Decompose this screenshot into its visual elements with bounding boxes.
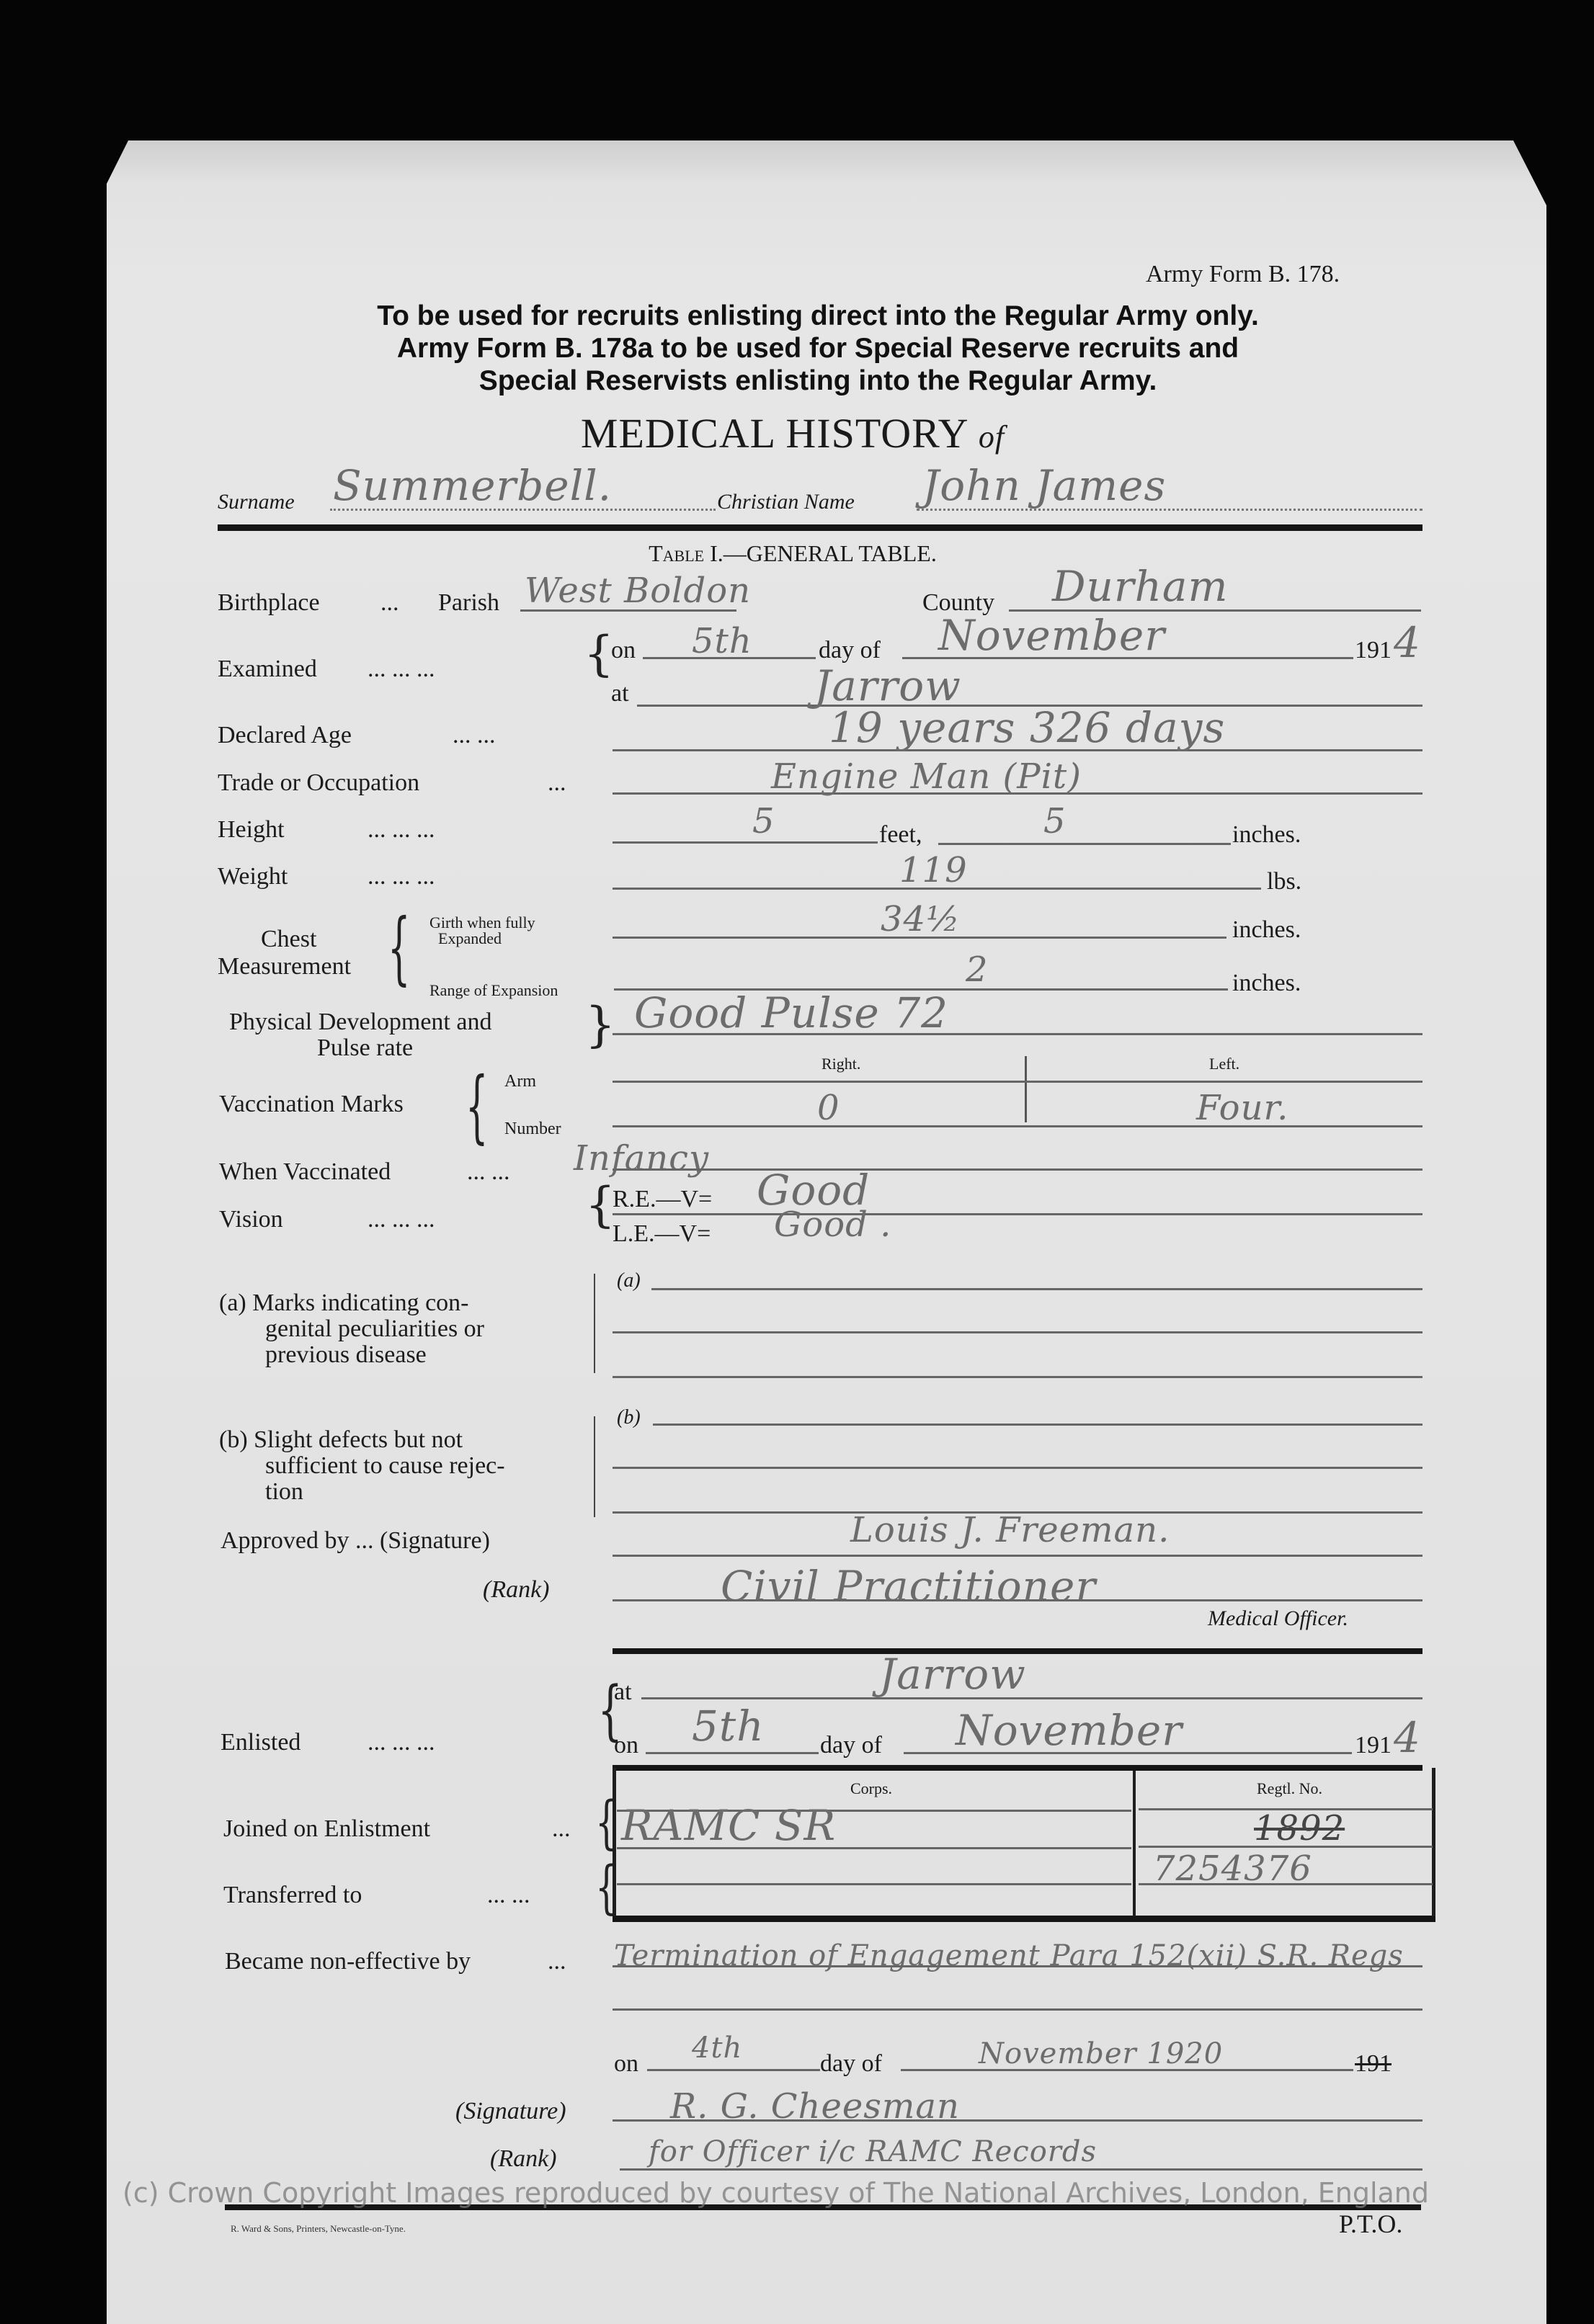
birthplace-label: Birthplace bbox=[218, 589, 320, 617]
dots: ... ... ... bbox=[368, 863, 435, 890]
marks-label-3: previous disease bbox=[265, 1341, 427, 1369]
non-effective-reason-field[interactable]: Termination of Engagement Para 152(xii) … bbox=[614, 1939, 1404, 1972]
christian-name-label: Christian Name bbox=[717, 490, 855, 514]
trade-label: Trade or Occupation bbox=[218, 769, 419, 797]
vaccination-left-field[interactable]: Four. bbox=[1196, 1088, 1288, 1128]
weight-label: Weight bbox=[218, 863, 288, 890]
brace: { bbox=[388, 908, 411, 987]
enlisted-year-field[interactable]: 4 bbox=[1394, 1713, 1421, 1762]
vaccination-right-header: Right. bbox=[822, 1055, 860, 1073]
dots: ... ... bbox=[467, 1158, 510, 1186]
enlisted-place-field[interactable]: Jarrow bbox=[879, 1650, 1026, 1699]
height-label: Height bbox=[218, 816, 285, 844]
joined-corps-field[interactable]: RAMC SR bbox=[621, 1801, 836, 1850]
surname-field[interactable]: Summerbell. bbox=[333, 461, 612, 510]
examined-day-of-label: day of bbox=[819, 637, 881, 664]
discharge-year-prefix-struck: 191 bbox=[1355, 2050, 1392, 2078]
medical-officer-caption: Medical Officer. bbox=[1208, 1606, 1348, 1631]
marks-field-marker: (a) bbox=[617, 1269, 641, 1292]
brace: { bbox=[466, 1066, 489, 1145]
enlisted-month-field[interactable]: November bbox=[956, 1706, 1183, 1755]
dots: ... ... ... bbox=[368, 1206, 435, 1233]
approved-rank-field[interactable]: Civil Practitioner bbox=[721, 1562, 1096, 1611]
examined-at-label: at bbox=[611, 680, 629, 707]
examined-year-prefix: 191 bbox=[1355, 637, 1392, 664]
right-eye-label: R.E.—V= bbox=[613, 1186, 712, 1213]
brace: { bbox=[595, 1859, 618, 1916]
brace: { bbox=[585, 1001, 615, 1049]
examined-day-field[interactable]: 5th bbox=[692, 621, 752, 661]
page-title: MEDICAL HISTORY of bbox=[216, 409, 1369, 457]
defects-label: (b) Slight defects but not bbox=[219, 1426, 463, 1454]
declared-age-label: Declared Age bbox=[218, 722, 352, 749]
enlisted-day-of-label: day of bbox=[820, 1732, 882, 1759]
surname-label: Surname bbox=[218, 490, 295, 514]
non-effective-label: Became non-effective by bbox=[225, 1948, 471, 1975]
examined-label: Examined bbox=[218, 656, 317, 683]
marks-label-2: genital peculiarities or bbox=[265, 1315, 484, 1343]
corps-header: Corps. bbox=[850, 1779, 892, 1798]
discharge-signature-label: (Signature) bbox=[455, 2098, 566, 2125]
discharge-rank-label: (Rank) bbox=[490, 2145, 557, 2173]
defects-field-marker: (b) bbox=[617, 1406, 641, 1429]
page-corner-fold-right bbox=[1513, 140, 1546, 205]
chest-label-2: Measurement bbox=[218, 953, 351, 980]
girth-label-2: Expanded bbox=[438, 929, 502, 948]
form-number: Army Form B. 178. bbox=[1146, 261, 1340, 288]
instruction-line-3: Special Reservists enlisting into the Re… bbox=[209, 365, 1427, 397]
vision-label: Vision bbox=[219, 1206, 283, 1233]
joined-label: Joined on Enlistment bbox=[223, 1815, 430, 1843]
trade-field[interactable]: Engine Man (Pit) bbox=[771, 756, 1082, 797]
physical-label: Physical Development and bbox=[229, 1009, 491, 1036]
title-text: MEDICAL HISTORY bbox=[581, 410, 968, 457]
examined-on-label: on bbox=[611, 637, 636, 664]
left-eye-field[interactable]: Good . bbox=[774, 1205, 891, 1245]
enlisted-label: Enlisted bbox=[221, 1729, 300, 1756]
chest-label: Chest bbox=[261, 926, 316, 953]
copyright-watermark: (c) Crown Copyright Images reproduced by… bbox=[123, 2177, 1429, 2209]
page-corner-fold-left bbox=[107, 140, 128, 184]
discharge-day-of-label: day of bbox=[820, 2050, 882, 2078]
parish-field[interactable]: West Boldon bbox=[525, 571, 751, 611]
height-inches-field[interactable]: 5 bbox=[1043, 801, 1067, 841]
county-field[interactable]: Durham bbox=[1052, 562, 1229, 611]
dots: ... ... ... bbox=[368, 816, 435, 844]
discharge-rank-field[interactable]: for Officer i/c RAMC Records bbox=[649, 2135, 1097, 2168]
approved-label: Approved by ... (Signature) bbox=[221, 1527, 490, 1555]
declared-age-field[interactable]: 19 years 326 days bbox=[829, 703, 1225, 752]
number-label: Number bbox=[504, 1119, 561, 1139]
discharge-month-year-field[interactable]: November 1920 bbox=[979, 2037, 1223, 2070]
enlisted-on-label: on bbox=[614, 1732, 638, 1759]
title-suffix: of bbox=[979, 419, 1005, 455]
brace: { bbox=[595, 1794, 618, 1851]
when-vaccinated-field[interactable]: Infancy bbox=[574, 1138, 709, 1179]
enlisted-at-label: at bbox=[614, 1679, 632, 1706]
dots: ... ... bbox=[453, 722, 496, 749]
defects-label-3: tion bbox=[265, 1478, 303, 1506]
vaccination-label: Vaccination Marks bbox=[219, 1091, 404, 1118]
printer-imprint: R. Ward & Sons, Printers, Newcastle-on-T… bbox=[231, 2223, 406, 2235]
weight-unit: lbs. bbox=[1267, 868, 1301, 895]
chest-range-field[interactable]: 2 bbox=[966, 949, 989, 990]
marks-label: (a) Marks indicating con- bbox=[219, 1290, 469, 1317]
dots: ... bbox=[552, 1815, 571, 1843]
examined-year-field[interactable]: 4 bbox=[1394, 618, 1421, 667]
physical-field[interactable]: Good Pulse 72 bbox=[634, 988, 948, 1037]
chest-girth-unit: inches. bbox=[1232, 916, 1301, 944]
brace: { bbox=[584, 630, 614, 678]
regtl-no-header: Regtl. No. bbox=[1257, 1779, 1322, 1798]
range-label: Range of Expansion bbox=[429, 981, 558, 1000]
brace: { bbox=[585, 1181, 615, 1229]
instruction-line-2: Army Form B. 178a to be used for Special… bbox=[209, 333, 1427, 365]
defects-label-2: sufficient to cause rejec- bbox=[265, 1452, 505, 1480]
physical-label-2: Pulse rate bbox=[317, 1034, 413, 1062]
discharge-day-field[interactable]: 4th bbox=[692, 2032, 742, 2065]
joined-regtl-struck[interactable]: 1892 bbox=[1254, 1808, 1345, 1849]
dots: ... bbox=[380, 589, 399, 617]
enlisted-year-prefix: 191 bbox=[1355, 1732, 1392, 1759]
height-feet-field[interactable]: 5 bbox=[752, 801, 775, 841]
approved-rank-label: (Rank) bbox=[483, 1576, 550, 1604]
vaccination-right-field[interactable]: 0 bbox=[817, 1088, 840, 1128]
approved-signature-field[interactable]: Louis J. Freeman. bbox=[850, 1510, 1170, 1550]
left-eye-label: L.E.—V= bbox=[613, 1220, 711, 1248]
enlisted-day-field[interactable]: 5th bbox=[692, 1702, 765, 1751]
christian-name-field[interactable]: John James bbox=[922, 461, 1166, 510]
height-inches-label: inches. bbox=[1232, 821, 1301, 849]
dots: ... ... bbox=[487, 1882, 530, 1909]
please-turn-over: P.T.O. bbox=[1339, 2209, 1402, 2239]
chest-girth-field[interactable]: 34½ bbox=[881, 899, 961, 939]
parish-label: Parish bbox=[438, 589, 499, 617]
height-feet-label: feet, bbox=[879, 821, 922, 849]
dots: ... bbox=[548, 769, 566, 797]
chest-range-unit: inches. bbox=[1232, 970, 1301, 997]
arm-label: Arm bbox=[504, 1072, 536, 1091]
dots: ... bbox=[548, 1948, 566, 1975]
discharge-on-label: on bbox=[614, 2050, 638, 2078]
transferred-label: Transferred to bbox=[223, 1882, 362, 1909]
weight-field[interactable]: 119 bbox=[899, 850, 968, 890]
examined-month-field[interactable]: November bbox=[938, 611, 1165, 660]
vaccination-left-header: Left. bbox=[1209, 1055, 1239, 1073]
instruction-line-1: To be used for recruits enlisting direct… bbox=[209, 300, 1427, 332]
dots: ... ... ... bbox=[368, 656, 435, 683]
dots: ... ... ... bbox=[368, 1729, 435, 1756]
when-vaccinated-label: When Vaccinated bbox=[219, 1158, 391, 1186]
